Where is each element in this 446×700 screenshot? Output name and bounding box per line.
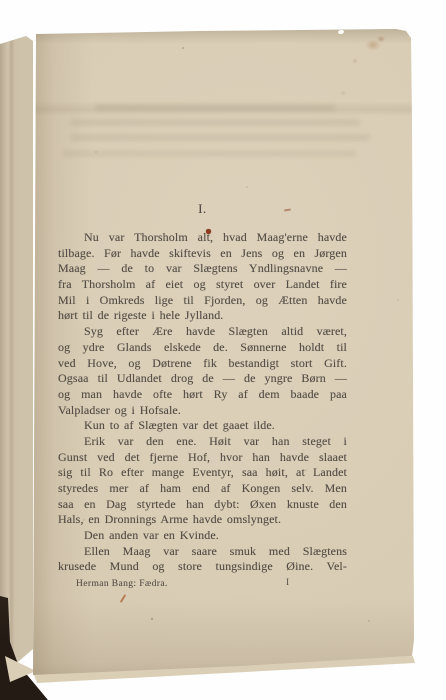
text-line: Mil i Omkreds lige til Fjorden, og Ætten… xyxy=(58,293,347,309)
pen-slash-mark xyxy=(120,594,126,603)
text-line: og ydre Glands elskede de. Sønnerne hold… xyxy=(58,340,347,356)
text-line: Valpladser og i Hofsale. xyxy=(58,403,347,419)
text-line: sig til Ro efter mange Eventyr, saa høit… xyxy=(58,465,347,481)
verso-showthrough-line xyxy=(70,119,360,126)
text-line: Ellen Maag var saare smuk med Slægtens xyxy=(58,544,347,560)
text-line: og man havde ofte hørt Ry af dem baade p… xyxy=(58,387,347,403)
text-line: styredes mer af ham end af Kongen selv. … xyxy=(58,481,347,497)
text-line: saa en Dag styrtede han dybt: Øxen knust… xyxy=(58,497,347,513)
text-line: Nu var Thorsholm alt, hvad Maag'erne hav… xyxy=(58,230,347,246)
text-line: krusede Mund og store tungsindige Øine. … xyxy=(58,559,347,575)
text-line: ved Hove, og Døtrene fik bestandigt stor… xyxy=(58,356,347,372)
text-line: Maag — de to var Slægtens Yndlingsnavne … xyxy=(58,261,347,277)
verso-showthrough-line xyxy=(70,134,370,141)
text-line: Gunst ved det fjerne Hof, hvor han havde… xyxy=(58,450,347,466)
footer-imprint: Herman Bang: Fædra. xyxy=(76,579,168,590)
verso-showthrough-line xyxy=(62,150,357,157)
text-line: Syg efter Ære havde Slægten altid været, xyxy=(58,324,347,340)
ink-dot-stain xyxy=(206,229,211,234)
body-text: Nu var Thorsholm alt, hvad Maag'erne hav… xyxy=(58,230,347,575)
verso-showthrough-line xyxy=(95,104,335,111)
book-photo: I. Nu var Thorsholm alt, hvad Maag'erne … xyxy=(0,0,446,700)
text-line: Erik var den ene. Høit var han steget i xyxy=(58,434,347,450)
book-page: I. Nu var Thorsholm alt, hvad Maag'erne … xyxy=(0,0,446,700)
text-line: Kun to af Slægten var det gaaet ilde. xyxy=(58,418,347,434)
text-line: Den anden var en Kvinde. xyxy=(58,528,347,544)
signature-mark: I xyxy=(286,578,289,589)
text-line: Ogsaa til Udlandet drog de — de yngre Bø… xyxy=(58,371,347,387)
text-line: tilbage. Før havde skiftevis en Jens og … xyxy=(58,246,347,262)
text-line: hørt til de rigeste i hele Jylland. xyxy=(58,308,347,324)
text-line: Hals, en Dronnings Arme havde omslynget. xyxy=(58,512,347,528)
text-line: fra Thorsholm af eiet og styret over Lan… xyxy=(58,277,347,293)
chapter-heading: I. xyxy=(58,202,347,217)
